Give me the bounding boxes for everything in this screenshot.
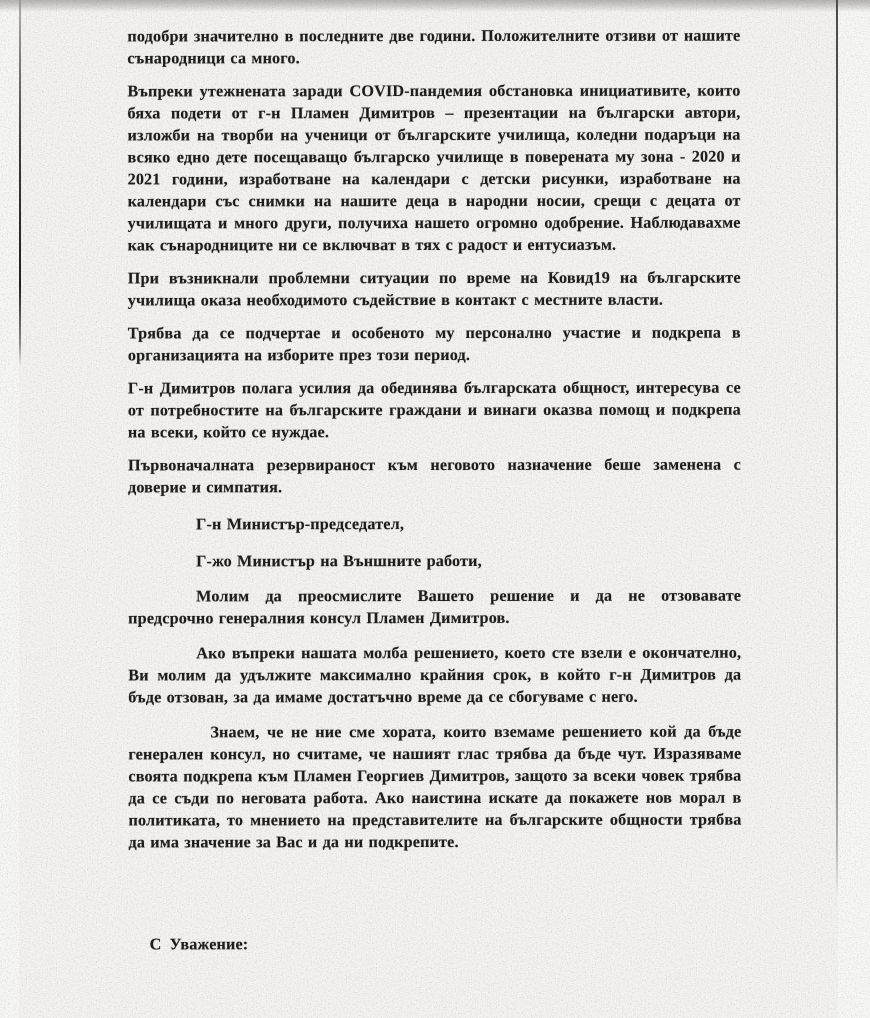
letter-paragraph: Г-н Димитров полага усилия да обединява … [128, 377, 741, 444]
scan-artifact-right-line [836, 0, 838, 897]
letter-paragraph: Молим да преосмислите Вашето решение и д… [128, 585, 741, 630]
letter-paragraph: Първоначалната резервираност към неговот… [128, 454, 741, 499]
letter-paragraph: Трябва да се подчертае и особеното му пе… [128, 322, 741, 367]
scan-left-margin [0, 0, 19, 1018]
letter-paragraph: Знаем, че не ние сме хората, които взема… [128, 721, 741, 854]
letter-paragraph: Г-жо Министър на Външните работи, [128, 550, 741, 573]
letter-paragraph: При възникнали проблемни ситуации по вре… [128, 267, 741, 312]
letter-paragraph: Ако въпреки нашата молба решението, коет… [128, 642, 741, 709]
letter-paragraph: Въпреки утежнената заради COVID-пандемия… [127, 80, 740, 257]
scan-edge-top-band [0, 0, 870, 12]
scanned-letter-page: подобри значително в последните две годи… [0, 0, 870, 1018]
scan-artifact-left-line [19, 0, 21, 366]
scan-right-margin [838, 0, 870, 1018]
letter-paragraph: подобри значително в последните две годи… [127, 25, 740, 70]
letter-body: подобри значително в последните две годи… [127, 25, 741, 956]
letter-paragraph: С Уважение: [129, 933, 742, 956]
letter-paragraph: Г-н Министър-председател, [128, 513, 741, 536]
